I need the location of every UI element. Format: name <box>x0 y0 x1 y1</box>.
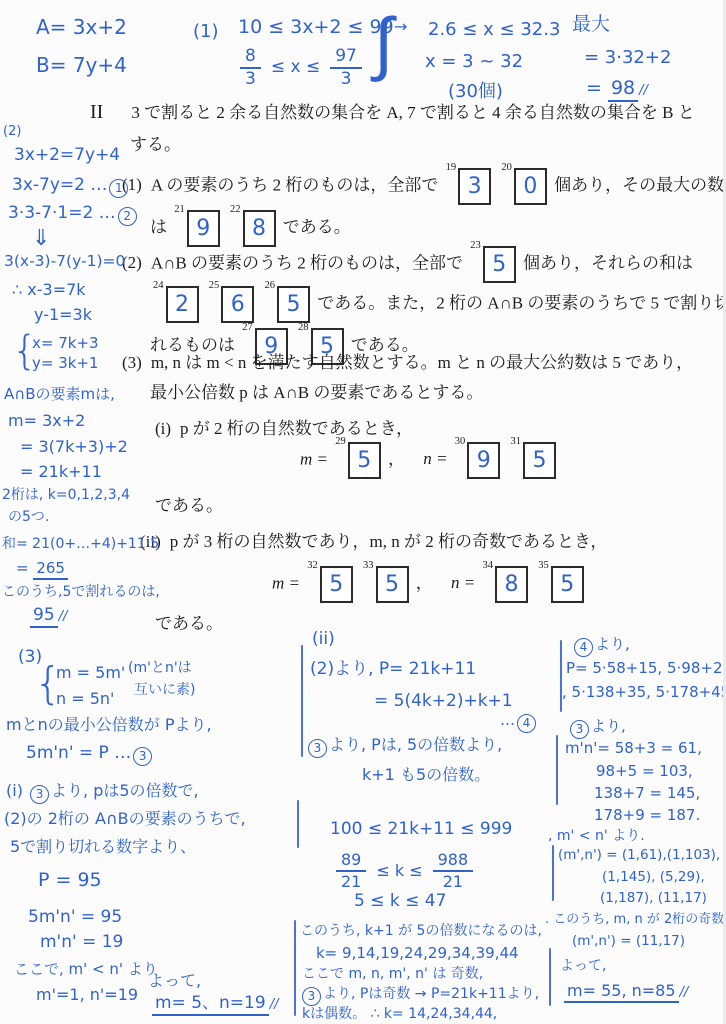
check-ticks-left: // <box>270 997 279 1012</box>
hw-mid-h: (ii) <box>312 630 335 650</box>
box-32-label: 32 <box>307 559 318 572</box>
q2-text-a: A∩B の要素のうち 2 桁のものは，全部で <box>151 253 463 272</box>
hw-left-answer: m= 5、n=19// <box>152 994 278 1014</box>
box-26-label: 26 <box>265 279 276 292</box>
hw-right-answer: m= 55, n=85// <box>564 982 688 1001</box>
answer-box-19: 193 <box>446 168 492 205</box>
question-3i-line: (i)p が 2 桁の自然数であるとき， <box>155 418 413 439</box>
m-equals: m = <box>300 449 328 468</box>
box-23-value: 5 <box>483 246 516 283</box>
hw-mid-t2: k+1 も5の倍数。 <box>362 766 490 784</box>
box-35-value: 5 <box>551 566 584 603</box>
answer-box-22: 228 <box>230 210 276 247</box>
box-24-value: 2 <box>166 286 199 323</box>
question-3-line-1: (3)m, n は m < n を満たす自然数とする。m と n の最大公約数は… <box>122 352 693 373</box>
q1-text-d: である。 <box>283 217 351 236</box>
arrow-right-icon: → <box>394 18 407 36</box>
right-bracket-line-2 <box>556 735 558 805</box>
box-34-value: 8 <box>495 566 528 603</box>
n-equals: n = <box>423 449 447 468</box>
hw-left-t3: (2)の 2桁の A∩Bの要素のうちで, <box>4 810 246 828</box>
circled-4: 4 <box>517 714 536 733</box>
answer-95: 95 <box>30 605 58 628</box>
hw-right-t3: よって, <box>560 958 606 974</box>
answer-98: 98 <box>608 77 638 102</box>
hw-right-h2: 3より, <box>568 718 626 739</box>
circled-3d: 3 <box>302 987 321 1006</box>
hw-left-t6: よって, <box>148 972 201 990</box>
hw-left-e7: m'=1, n'=19 <box>36 986 138 1004</box>
box-33-label: 33 <box>363 559 374 572</box>
answer-box-24: 242 <box>153 286 199 323</box>
circled-4b: 4 <box>574 638 593 657</box>
hw-right-t1: , m' < n' より. <box>548 828 645 844</box>
hw-margin-eq7: x= 7k+3 <box>32 335 99 352</box>
answer-box-35: 355 <box>538 566 584 603</box>
box-24-label: 24 <box>153 279 164 292</box>
hw-right-e4: 98+5 = 103, <box>596 763 693 780</box>
comma-2: ， <box>416 573 433 592</box>
box-22-label: 22 <box>230 203 241 216</box>
worksheet-page: A= 3x+2 B= 7y+4 (1) 10 ≤ 3x+2 ≤ 99 83 ≤ … <box>0 0 726 1024</box>
box-29-value: 5 <box>348 442 381 479</box>
answer-box-32: 325 <box>307 566 353 603</box>
hw-right-e3: m'n'= 58+3 = 61, <box>565 740 702 757</box>
answer-m55-n85: m= 55, n=85 <box>564 981 679 1003</box>
hw-margin-t5: このうち,5で割れるのは, <box>2 584 160 600</box>
hw-margin-eq10: = 3(7k+3)+2 <box>20 438 128 456</box>
hw-part1-label: (1) <box>193 22 219 43</box>
circled-3: 3 <box>133 747 152 766</box>
circled-3e: 3 <box>570 720 589 739</box>
box-21-value: 9 <box>187 210 220 247</box>
hw-left-paren1: (m'とn'は <box>128 660 192 676</box>
q2-text-c: である。また，2 桁の A∩B の要素のうちで 5 で割り切 <box>317 293 726 312</box>
hw-mid-t4: ここで m, n, m', n' は 奇数, <box>302 966 483 982</box>
hw-right-e8: (1,145), (5,29), <box>602 870 705 886</box>
hw-margin-t1: A∩Bの要素mは, <box>4 386 115 403</box>
q1-text-c: は <box>150 217 167 236</box>
hw-left-t1: mとnの最小公倍数が Pより, <box>6 716 212 734</box>
q3i-dearu: である。 <box>155 495 223 516</box>
right-bracket-line-3 <box>552 845 554 901</box>
hw-margin-eq4: 3(x-3)-7(y-1)=0 <box>4 253 125 271</box>
q3-text-a: m, n は m < n を満たす自然数とする。m と n の最大公約数は 5 … <box>151 353 693 372</box>
circled-3b: 3 <box>30 785 49 804</box>
hw-right-e7: (m',n') = (1,61),(1,103), <box>558 848 720 864</box>
q3ii-text: p が 3 桁の自然数であり，m, n が 2 桁の奇数であるとき， <box>170 532 608 551</box>
check-ticks-right: // <box>680 985 689 1000</box>
box-30-value: 9 <box>467 442 500 479</box>
n-equals-2: n = <box>451 573 475 592</box>
hw-mid-e1: (2)より, P= 21k+11 <box>310 660 476 680</box>
hw-def-a: A= 3x+2 <box>36 16 127 39</box>
hw-ineq-2: 83 ≤ x ≤ 973 <box>240 48 362 88</box>
hw-left-p95: P = 95 <box>38 870 102 892</box>
box-20-label: 20 <box>501 161 512 174</box>
question-3-line-2: 最小公倍数 p は A∩B の要素であるとする。 <box>150 382 483 403</box>
hw-right-e5: 138+7 = 145, <box>594 785 700 802</box>
q2-text-b: 個あり，それらの和は <box>523 253 693 272</box>
question-1-line-2: は 219 228 である。 <box>150 210 351 247</box>
column-divider-line-3 <box>294 920 296 1016</box>
hw-mid-fracline: 8921 ≤ k ≤ 98821 <box>336 852 473 890</box>
comma: ， <box>388 449 405 468</box>
box-33-value: 5 <box>376 566 409 603</box>
hw-left-paren2: 互いに素) <box>134 682 195 698</box>
right-bracket-line-4 <box>549 948 551 1006</box>
hw-right-t2: . このうち, m, n が 2桁の奇数 <box>545 913 724 928</box>
hw-max-calc: = 3·32+2 <box>584 48 671 69</box>
hw-right-h: 4より, <box>572 636 630 657</box>
question-3ii-line: (ii)p が 3 桁の自然数であり，m, n が 2 桁の奇数であるとき， <box>140 531 607 552</box>
hw-def-b: B= 7y+4 <box>36 54 127 77</box>
hw-result-1: 2.6 ≤ x ≤ 32.3 <box>428 20 560 41</box>
answer-box-26: 265 <box>265 286 311 323</box>
hw-mid-e5: 5 ≤ k ≤ 47 <box>354 892 446 912</box>
double-down-arrow-icon: ⇓ <box>32 226 50 251</box>
q3ii-equation: m = 325 335 ， n = 348 355 <box>272 566 587 603</box>
answer-box-20: 200 <box>501 168 547 205</box>
q3-number: (3) <box>122 353 142 372</box>
hw-margin-eq2: 3x-7y=2 …1 <box>12 176 130 198</box>
box-23-label: 23 <box>470 239 481 252</box>
heading-text: 3 で割ると 2 余る自然数の集合を A, 7 で割ると 4 余る自然数の集合を… <box>131 103 694 122</box>
q1-text-a: A の要素のうち 2 桁のものは，全部で <box>151 175 439 194</box>
check-ticks: // <box>639 83 648 98</box>
hw-mid-t1: 3より, Pは, 5の倍数より, <box>306 736 502 758</box>
fraction-89-21: 8921 <box>336 852 366 890</box>
answer-box-34: 348 <box>482 566 528 603</box>
ineq-middle: ≤ x ≤ <box>271 58 320 78</box>
box-35-label: 35 <box>538 559 549 572</box>
problem-heading: II3 で割ると 2 余る自然数の集合を A, 7 で割ると 4 余る自然数の集… <box>90 100 695 125</box>
hw-margin-t2: 2桁は, k=0,1,2,3,4 <box>2 487 130 503</box>
equals-sign: = <box>586 77 602 99</box>
hw-left-t4: 5で割り切れる数字より、 <box>10 838 196 856</box>
hw-margin-part2: (2) <box>3 125 21 140</box>
hw-left-t2: (i) 3より, pは5の倍数で, <box>6 782 199 804</box>
hw-margin-eq9: m= 3x+2 <box>8 412 85 430</box>
q3ii-dearu: である。 <box>155 613 223 634</box>
hw-margin-eq8: y= 3k+1 <box>32 355 99 372</box>
box-19-value: 3 <box>458 168 491 205</box>
hw-right-e6: 178+9 = 187. <box>594 807 700 824</box>
question-2-line-2: 242 256 265 である。また，2 桁の A∩B の要素のうちで 5 で割… <box>150 286 726 323</box>
answer-box-30: 309 <box>455 442 501 479</box>
m-equals-2: m = <box>272 573 300 592</box>
circled-3c: 3 <box>308 739 327 758</box>
heading-text-2: する。 <box>130 134 181 155</box>
box-30-label: 30 <box>455 435 466 448</box>
hw-mid-e3: …4 <box>500 712 538 733</box>
fraction-8-3: 83 <box>240 48 261 88</box>
box-34-label: 34 <box>482 559 493 572</box>
hw-margin-eq1: 3x+2=7y+4 <box>14 146 120 166</box>
hw-mid-t3: このうち, k+1 が 5の倍数になるのは, <box>300 923 542 939</box>
box-26-value: 5 <box>277 286 310 323</box>
answer-265: 265 <box>33 559 68 580</box>
hw-left-t5: ここで, m' < n' より <box>14 961 158 978</box>
box-29-label: 29 <box>335 435 346 448</box>
integral-brace: ∫ <box>374 2 393 84</box>
check-ticks-95: // <box>59 609 68 624</box>
box-31-label: 31 <box>510 435 521 448</box>
box-31-value: 5 <box>523 442 556 479</box>
box-28-label: 28 <box>298 321 309 334</box>
answer-box-23: 235 <box>470 246 516 283</box>
hw-left-e5: 5m'n' = 95 <box>28 908 122 928</box>
question-2-line-1: (2)A∩B の要素のうち 2 桁のものは，全部で 235 個あり，それらの和は <box>122 246 693 283</box>
circled-1: 1 <box>109 179 128 198</box>
hw-left-e6: m'n' = 19 <box>40 933 123 953</box>
hw-result-2: x = 3 ~ 32 <box>425 52 523 73</box>
box-25-value: 6 <box>221 286 254 323</box>
q3i-text: p が 2 桁の自然数であるとき， <box>180 419 413 438</box>
column-divider-line-1 <box>301 645 303 757</box>
hw-margin-eq3: 3·3-7·1=2 …2 <box>8 204 139 226</box>
answer-box-21: 219 <box>174 210 220 247</box>
hw-right-e2: , 5·138+35, 5·178+45, <box>562 684 726 701</box>
q1-text-b: 個あり，その最大の数 <box>554 175 724 194</box>
hw-right-e1: P= 5·58+15, 5·98+25 <box>566 660 726 677</box>
answer-box-33: 335 <box>363 566 409 603</box>
hw-margin-eq6: y-1=3k <box>34 306 92 324</box>
hw-margin-95: 95// <box>30 606 67 626</box>
box-20-value: 0 <box>514 168 547 205</box>
hw-margin-sum: = 265 <box>16 560 68 577</box>
circled-2: 2 <box>118 207 137 226</box>
box-21-label: 21 <box>174 203 185 216</box>
answer-m5-n19: m= 5、n=19 <box>152 993 269 1016</box>
q3i-number: (i) <box>155 419 171 438</box>
hw-mid-t6: kは偶数。 ∴ k= 14,24,34,44, <box>302 1006 497 1022</box>
ineq-middle-k: ≤ k ≤ <box>376 862 422 880</box>
hw-ineq-1: 10 ≤ 3x+2 ≤ 99 <box>238 17 394 39</box>
box-27-label: 27 <box>242 321 253 334</box>
box-19-label: 19 <box>446 161 457 174</box>
fraction-97-3: 973 <box>330 48 362 88</box>
box-22-value: 8 <box>243 210 276 247</box>
hw-margin-eq5: ∴ x-3=7k <box>12 281 86 299</box>
answer-box-25: 256 <box>209 286 255 323</box>
hw-mid-e4: 100 ≤ 21k+11 ≤ 999 <box>330 820 512 840</box>
answer-box-31: 315 <box>510 442 556 479</box>
hw-right-e10: (m',n') = (11,17) <box>572 934 685 950</box>
hw-max-answer: = 98// <box>586 78 648 100</box>
hw-max-label: 最大 <box>572 14 610 36</box>
hw-mid-t5: 3より, Pは奇数 → P=21k+11より, <box>300 986 539 1006</box>
hw-mid-e2: = 5(4k+2)+k+1 <box>374 692 513 712</box>
q3i-equation: m = 295 ， n = 309 315 <box>300 442 559 479</box>
answer-box-29: 295 <box>335 442 381 479</box>
hw-left-e2: n = 5n' <box>56 690 114 708</box>
box-32-value: 5 <box>320 566 353 603</box>
hw-margin-eq11: = 21k+11 <box>20 463 102 481</box>
hw-left-e1: m = 5m' <box>56 664 125 682</box>
fraction-988-21: 98821 <box>433 852 474 890</box>
roman-numeral: II <box>90 101 103 123</box>
hw-margin-t4: 和= 21(0+…+4)+11·5 <box>2 536 159 552</box>
hw-left-e3: 5m'n' = P …3 <box>26 744 154 766</box>
hw-right-e9: (1,187), (11,17) <box>600 891 707 907</box>
question-1-line-1: (1)A の要素のうち 2 桁のものは，全部で 193 200 個あり，その最大… <box>122 168 724 205</box>
box-25-label: 25 <box>209 279 220 292</box>
column-divider-line-2 <box>297 800 299 848</box>
hw-margin-t3: の5つ. <box>8 509 49 525</box>
hw-mid-e6: k= 9,14,19,24,29,34,39,44 <box>316 945 519 962</box>
